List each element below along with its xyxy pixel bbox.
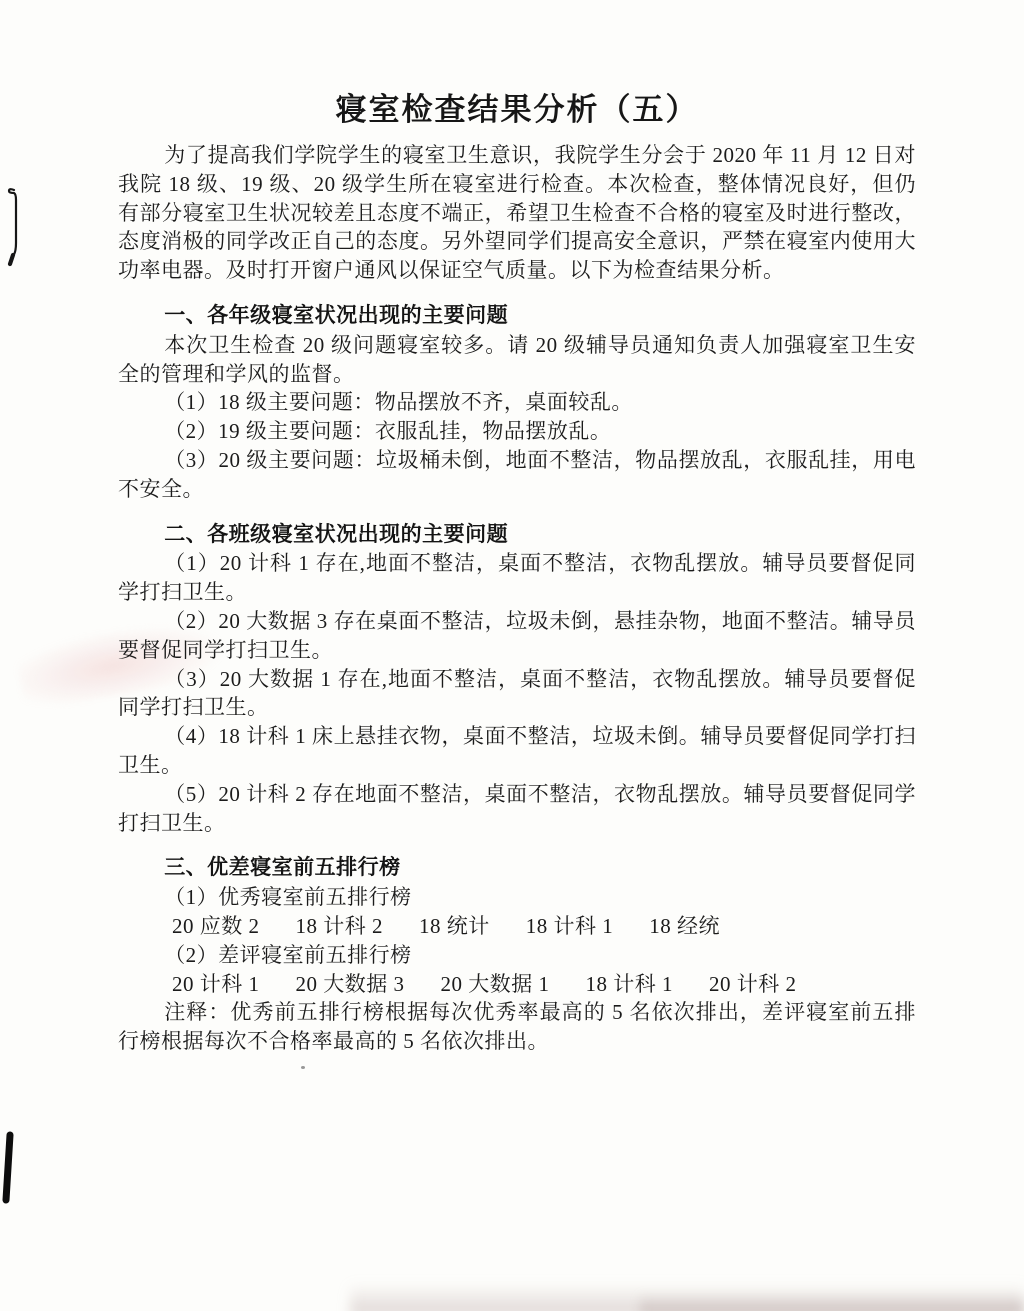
best-dorm-4: 18 计科 1 [526, 912, 614, 941]
worst-dorm-ranking: 20 计科 1 20 大数据 3 20 大数据 1 18 计科 1 20 计科 … [118, 970, 916, 999]
worst-dorm-5: 20 计科 2 [709, 970, 797, 999]
intro-paragraph: 为了提高我们学院学生的寝室卫生意识，我院学生分会于 2020 年 11 月 12… [118, 141, 916, 285]
section1-lead: 本次卫生检查 20 级问题寝室较多。请 20 级辅导员通知负责人加强寝室卫生安全… [118, 331, 916, 389]
section2-heading: 二、各班级寝室状况出现的主要问题 [118, 521, 916, 550]
best-dorm-1: 20 应数 2 [172, 912, 260, 941]
best-dorm-5: 18 经统 [649, 912, 720, 941]
scan-dot [301, 1066, 305, 1069]
best-ranking-label: （1）优秀寝室前五排行榜 [118, 883, 916, 912]
worst-dorm-4: 18 计科 1 [586, 970, 674, 999]
class-issue-item-2: （2）20 大数据 3 存在桌面不整洁，垃圾未倒，悬挂杂物，地面不整洁。辅导员要… [118, 607, 916, 665]
worst-dorm-3: 20 大数据 1 [441, 970, 550, 999]
section1-heading: 一、各年级寝室状况出现的主要问题 [118, 302, 916, 331]
scan-shadow-bottom-right [640, 1293, 1024, 1311]
ranking-note: 注释：优秀前五排行榜根据每次优秀率最高的 5 名依次排出，差评寝室前五排行榜根据… [118, 998, 916, 1056]
grade-issue-item-19: （2）19 级主要问题：衣服乱挂，物品摆放乱。 [118, 417, 916, 446]
class-issue-item-4: （4）18 计科 1 床上悬挂衣物，桌面不整洁，垃圾未倒。辅导员要督促同学打扫卫… [118, 722, 916, 780]
grade-issue-item-18: （1）18 级主要问题：物品摆放不齐，桌面较乱。 [118, 388, 916, 417]
class-issue-item-3: （3）20 大数据 1 存在,地面不整洁，桌面不整洁，衣物乱摆放。辅导员要督促同… [118, 665, 916, 723]
best-dorm-2: 18 计科 2 [296, 912, 384, 941]
scanned-document-page: 寝室检查结果分析（五） 为了提高我们学院学生的寝室卫生意识，我院学生分会于 20… [0, 0, 1024, 1311]
worst-ranking-label: （2）差评寝室前五排行榜 [118, 941, 916, 970]
document-title: 寝室检查结果分析（五） [118, 84, 916, 129]
document-content: 寝室检查结果分析（五） 为了提高我们学院学生的寝室卫生意识，我院学生分会于 20… [0, 0, 1024, 1056]
best-dorm-ranking: 20 应数 2 18 计科 2 18 统计 18 计科 1 18 经统 [118, 912, 916, 941]
grade-issue-item-20: （3）20 级主要问题：垃圾桶未倒，地面不整洁，物品摆放乱，衣服乱挂，用电不安全… [118, 446, 916, 504]
best-dorm-3: 18 统计 [419, 912, 490, 941]
class-issue-item-1: （1）20 计科 1 存在,地面不整洁，桌面不整洁，衣物乱摆放。辅导员要督促同学… [118, 549, 916, 607]
class-issue-item-5: （5）20 计科 2 存在地面不整洁，桌面不整洁，衣物乱摆放。辅导员要督促同学打… [118, 780, 916, 838]
worst-dorm-1: 20 计科 1 [172, 970, 260, 999]
scan-mark-stroke [0, 1131, 16, 1205]
section3-heading: 三、优差寝室前五排行榜 [118, 854, 916, 883]
worst-dorm-2: 20 大数据 3 [296, 970, 405, 999]
